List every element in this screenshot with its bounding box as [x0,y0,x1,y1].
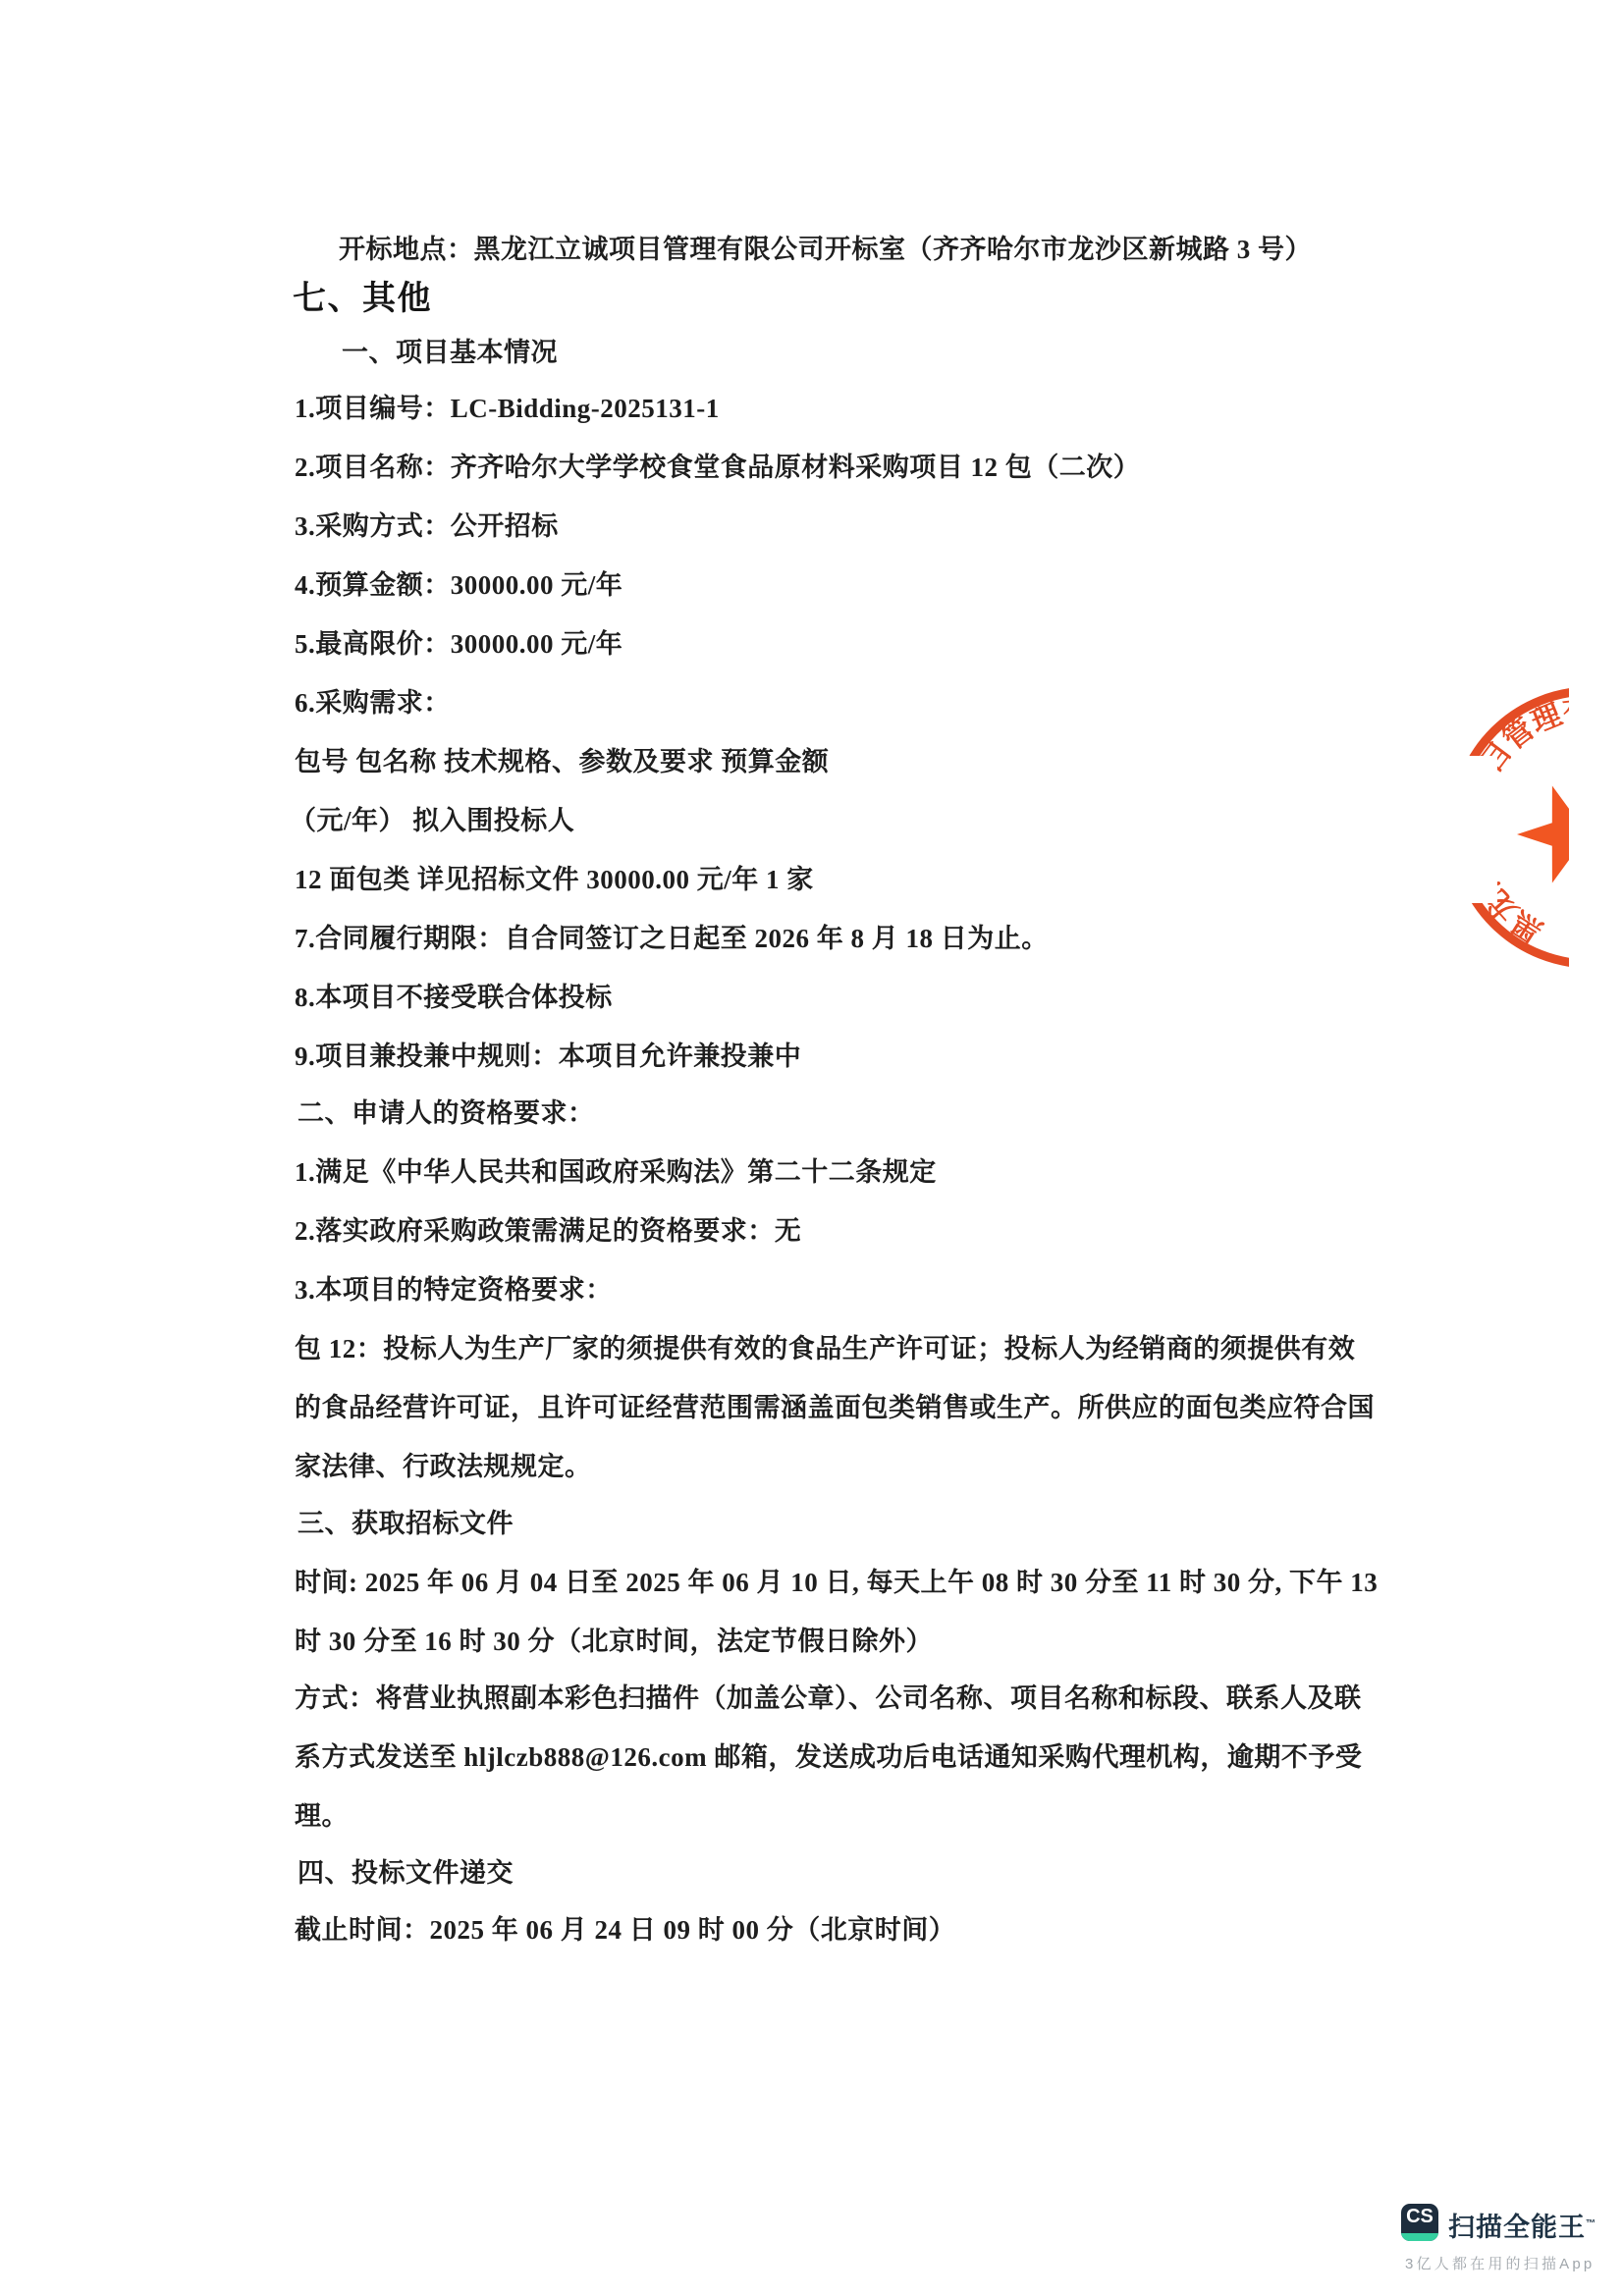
camscanner-app-icon: CS [1401,2204,1438,2241]
text-line: 一、项目基本情况 [342,337,558,370]
text-line: 12 面包类 详见招标文件 30000.00 元/年 1 家 [295,864,814,897]
text-line: 2.项目名称：齐齐哈尔大学学校食堂食品原材料采购项目 12 包（二次） [295,452,1140,485]
seal-star [1517,786,1569,883]
text-line: 系方式发送至 hljlczb888@126.com 邮箱，发送成功后电话通知采购… [295,1741,1362,1775]
text-line: 3.本项目的特定资格要求： [295,1274,613,1308]
text-line: 时间: 2025 年 06 月 04 日至 2025 年 06 月 10 日, … [295,1567,1378,1600]
text-line: 1.满足《中华人民共和国政府采购法》第二十二条规定 [295,1156,937,1190]
text-line: 2.落实政府采购政策需满足的资格要求：无 [295,1215,801,1249]
text-line: 1.项目编号：LC-Bidding-2025131-1 [295,393,720,426]
cs-icon-green-strip [1401,2233,1438,2241]
text-line: （元/年） 拟入围投标人 [290,805,574,838]
text-line: 3.采购方式：公开招标 [295,510,559,544]
text-line: 七、其他 [293,279,432,321]
cs-icon-letters: CS [1401,2206,1438,2228]
text-line: 截止时间：2025 年 06 月 24 日 09 时 00 分（北京时间） [295,1914,955,1948]
official-seal-stamp: 黑龙江立诚项目管理有限公司 [1419,658,1569,997]
text-line: 理。 [295,1800,349,1834]
text-line: 9.项目兼投兼中规则：本项目允许兼投兼中 [295,1041,801,1074]
text-line: 方式：将营业执照副本彩色扫描件（加盖公章）、公司名称、项目名称和标段、联系人及联 [295,1682,1362,1716]
seal-ink-gap [1419,756,1497,903]
text-line: 四、投标文件递交 [298,1857,514,1891]
text-line: 三、获取招标文件 [298,1508,514,1541]
text-line: 7.合同履行期限：自合同签订之日起至 2026 年 8 月 18 日为止。 [295,923,1049,956]
camscanner-watermark: CS 扫描全能王™ 3亿人都在用的扫描App [1401,2204,1623,2272]
text-line: 家法律、行政法规规定。 [295,1451,592,1484]
text-line: 包号 包名称 技术规格、参数及要求 预算金额 [295,746,829,779]
text-line: 4.预算金额：30000.00 元/年 [295,569,622,603]
camscanner-wordmark: 扫描全能王™ [1448,2206,1596,2244]
scanned-document-page: 开标地点：黑龙江立诚项目管理有限公司开标室（齐齐哈尔市龙沙区新城路 3 号）七、… [0,0,1623,2296]
text-line: 时 30 分至 16 时 30 分（北京时间，法定节假日除外） [295,1626,933,1659]
text-line: 8.本项目不接受联合体投标 [295,982,613,1015]
camscanner-tagline: 3亿人都在用的扫描App [1405,2253,1595,2273]
text-line: 二、申请人的资格要求： [298,1097,595,1131]
camscanner-title-text: 扫描全能王 [1448,2213,1586,2242]
seal-company-arc: 黑龙江立诚项目管理有限公司 [1456,693,1569,947]
text-line: 6.采购需求： [295,687,451,721]
trademark-symbol: ™ [1586,2218,1596,2229]
text-line: 开标地点：黑龙江立诚项目管理有限公司开标室（齐齐哈尔市龙沙区新城路 3 号） [339,234,1312,267]
text-line: 的食品经营许可证，且许可证经营范围需涵盖面包类销售或生产。所供应的面包类应符合国 [295,1392,1375,1425]
seal-ring [1454,691,1569,964]
text-line: 5.最高限价：30000.00 元/年 [295,628,622,662]
text-line: 包 12：投标人为生产厂家的须提供有效的食品生产许可证；投标人为经销商的须提供有… [295,1333,1355,1366]
seal-graphic: 黑龙江立诚项目管理有限公司 [1419,658,1569,997]
seal-company-text: 黑龙江立诚项目管理有限公司 [1456,693,1569,947]
